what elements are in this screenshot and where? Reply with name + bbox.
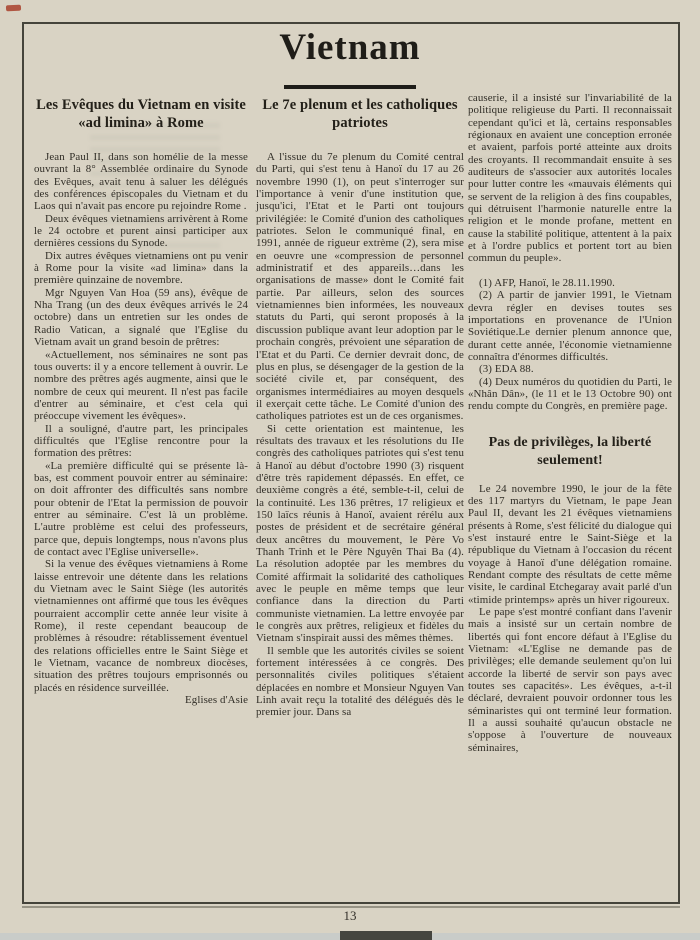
red-corner-mark [6, 5, 21, 12]
left-column-heading: Les Evêques du Vietnam en visite «ad lim… [34, 96, 248, 132]
paragraph: Il semble que les autorités civiles se s… [256, 645, 464, 719]
page-number: 13 [0, 908, 700, 924]
middle-column: Le 7e plenum et les catholiques patriote… [256, 96, 464, 719]
right-column: causerie, il a insisté sur l'invariabili… [468, 92, 672, 754]
paragraph: Si cette orientation est maintenue, les … [256, 423, 464, 645]
paragraph: Jean Paul II, dans son homélie de la mes… [34, 151, 248, 213]
scan-edge-dark-block [340, 931, 432, 940]
paragraph: Le 24 novembre 1990, le jour de la fête … [468, 483, 672, 606]
paragraph: Deux évêques vietnamiens arrivèrent à Ro… [34, 213, 248, 250]
paragraph: «La première difficulté qui se présente … [34, 460, 248, 559]
paragraph: Le pape s'est montré confiant dans l'ave… [468, 606, 672, 754]
left-column: Les Evêques du Vietnam en visite «ad lim… [34, 96, 248, 706]
footnote: (2) A partir de janvier 1991, le Vietnam… [468, 289, 672, 363]
paragraph: Il a souligné, d'autre part, les princip… [34, 423, 248, 460]
footnote: (4) Deux numéros du quotidien du Parti, … [468, 376, 672, 413]
paragraph: «Actuellement, nos séminaires ne sont pa… [34, 349, 248, 423]
article-signature: Eglises d'Asie [34, 694, 248, 706]
middle-column-heading: Le 7e plenum et les catholiques patriote… [256, 96, 464, 132]
paragraph: A l'issue du 7e plenum du Comité central… [256, 151, 464, 423]
title-underline-rule [284, 85, 416, 89]
page-title: Vietnam [0, 26, 700, 69]
footnotes-block: (1) AFP, Hanoï, le 28.11.1990. (2) A par… [468, 277, 672, 413]
paragraph: Dix autres évêques vietnamiens ont pu ve… [34, 250, 248, 287]
paragraph: Si la venue des évêques vietnamiens à Ro… [34, 558, 248, 694]
paragraph: Mgr Nguyen Van Hoa (59 ans), évêque de N… [34, 287, 248, 349]
footnote: (3) EDA 88. [468, 363, 672, 375]
right-column-heading: Pas de privilèges, la liberté seulement! [468, 434, 672, 470]
continuation-paragraph: causerie, il a insisté sur l'invariabili… [468, 92, 672, 265]
scanned-page: Vietnam Les Evêques du Vietnam en visite… [0, 0, 700, 940]
footnote: (1) AFP, Hanoï, le 28.11.1990. [468, 277, 672, 289]
